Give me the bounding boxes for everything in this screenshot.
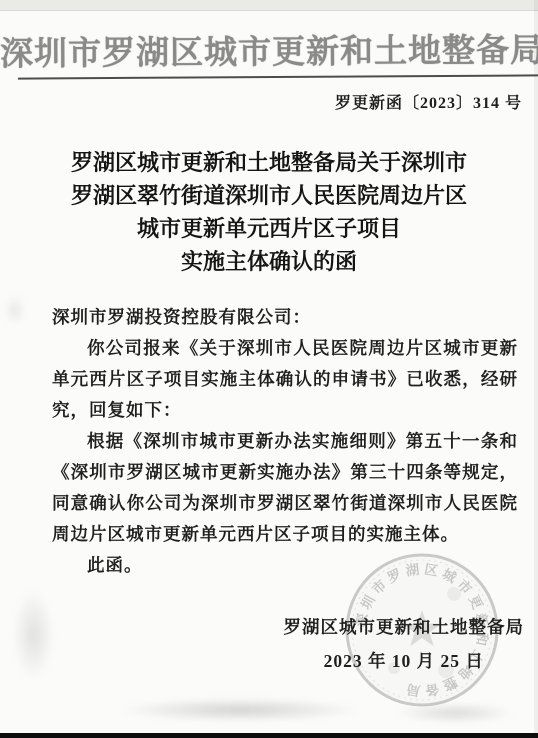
doc-number: 罗更新函〔2023〕314 号 [335, 90, 522, 113]
letter-body: 深圳市罗湖投资控股有限公司： 你公司报来《关于深圳市人民医院周边片区城市更新单元… [52, 302, 518, 581]
signature-block: 罗湖区城市更新和土地整备局 2023 年 10 月 25 日 [284, 610, 525, 678]
bottom-scan-bar [0, 733, 538, 738]
letter-title-line-2: 罗湖区翠竹街道深圳市人民医院周边片区 [10, 179, 528, 212]
body-paragraph-1: 你公司报来《关于深圳市人民医院周边片区城市更新单元西片区子项目实施主体确认的申请… [52, 333, 518, 426]
top-scan-band [0, 0, 538, 11]
signature-date: 2023 年 10 月 25 日 [284, 644, 525, 678]
scanned-letter-page: 深圳市罗湖区城市更新和土地整备局 罗更新函〔2023〕314 号 罗湖区城市更新… [0, 0, 538, 738]
letter-title-line-1: 罗湖区城市更新和土地整备局关于深圳市 [10, 146, 528, 179]
closing-line: 此函。 [52, 550, 518, 581]
right-scan-edge [534, 0, 538, 738]
letter-title: 罗湖区城市更新和土地整备局关于深圳市 罗湖区翠竹街道深圳市人民医院周边片区 城市… [10, 146, 528, 278]
header-rule [18, 74, 538, 79]
recipient-line: 深圳市罗湖投资控股有限公司： [52, 302, 518, 333]
letter-title-line-3: 城市更新单元西片区子项目 [10, 212, 528, 245]
agency-header: 深圳市罗湖区城市更新和土地整备局 [0, 24, 538, 75]
letter-title-line-4: 实施主体确认的函 [10, 245, 528, 278]
scan-smudge [6, 575, 61, 695]
signature-name: 罗湖区城市更新和土地整备局 [284, 610, 525, 644]
body-paragraph-2: 根据《深圳市城市更新办法实施细则》第五十一条和《深圳市罗湖区城市更新实施办法》第… [52, 426, 518, 550]
scan-smudge [0, 290, 30, 330]
stamp-speckle [447, 587, 461, 601]
